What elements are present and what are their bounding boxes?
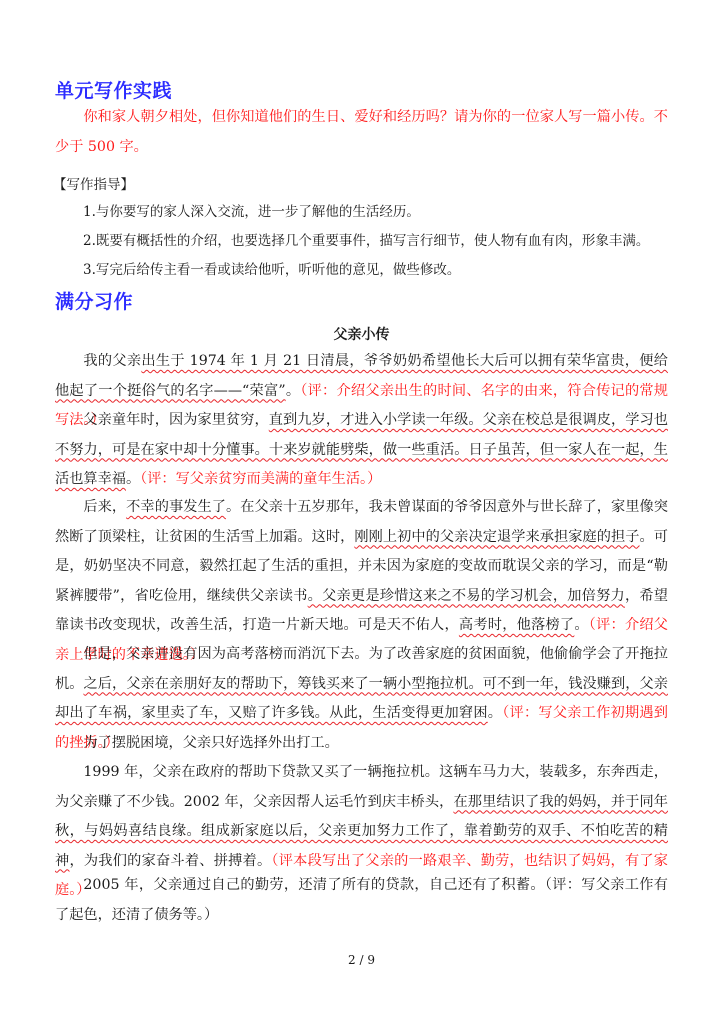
essay-paragraph-7: 2005 年，父亲通过自己的勤劳，还清了所有的贷款，自己还有了积蓄。（评：写父亲… <box>55 871 668 930</box>
body-text: 我的父亲 <box>83 353 141 369</box>
underlined-highlight: 。父亲更是珍惜这来之不易的学习机会，加倍努力 <box>308 588 625 604</box>
body-text: ，为我们的家奋斗着、拼搏着。 <box>69 853 271 869</box>
body-text: 后来， <box>83 499 126 515</box>
body-text: 父亲童年时，因为家里贫穷， <box>83 412 268 428</box>
essay-paragraph-5: 为了摆脱困境，父亲只好选择外出打工。 <box>55 729 668 759</box>
underlined-highlight: 刚刚上初中的父亲决定退学来承担家庭的担子 <box>354 529 639 545</box>
page-number: 2 / 9 <box>55 953 668 967</box>
writing-prompt: 你和家人朝夕相处，但你知道他们的生日、爱好和经历吗？请为你的一位家人写一篇小传。… <box>55 103 668 162</box>
body-text: 为了摆脱困境，父亲只好选择外出打工。 <box>83 735 338 751</box>
underlined-highlight: 高考时，他落榜了 <box>459 617 574 633</box>
body-text: 。 <box>286 383 301 399</box>
guide-item-1: 1.与你要写的家人深入交流，进一步了解他的生活经历。 <box>83 200 420 220</box>
guide-label: 【写作指导】 <box>53 171 134 201</box>
body-text: 。 <box>574 617 588 633</box>
teacher-comment: （评：写父亲贫穷而美满的童年生活。） <box>140 471 381 487</box>
body-text: 。 <box>488 705 502 721</box>
guide-item-2: 2.既要有概括性的介绍，也要选择几个重要事件，描写言行细节，使人物有血有肉，形象… <box>83 229 649 249</box>
guide-item-3: 3.写完后给传主看一看或读给他听，听听他的意见，做些修改。 <box>83 258 460 278</box>
underlined-highlight: 不幸的事发生了 <box>126 499 226 515</box>
section-heading-unit-writing: 单元写作实践 <box>55 76 172 103</box>
section-heading-model-essay: 满分习作 <box>55 287 133 314</box>
body-text: 2005 年，父亲通过自己的勤劳，还清了所有的贷款，自己还有了积蓄。（评：写父亲… <box>55 877 668 923</box>
body-text: 。 <box>126 471 140 487</box>
essay-paragraph-2: 父亲童年时，因为家里贫穷，直到九岁，才进入小学读一年级。父亲在校总是很调皮，学习… <box>55 406 668 495</box>
essay-title: 父亲小传 <box>55 324 668 344</box>
